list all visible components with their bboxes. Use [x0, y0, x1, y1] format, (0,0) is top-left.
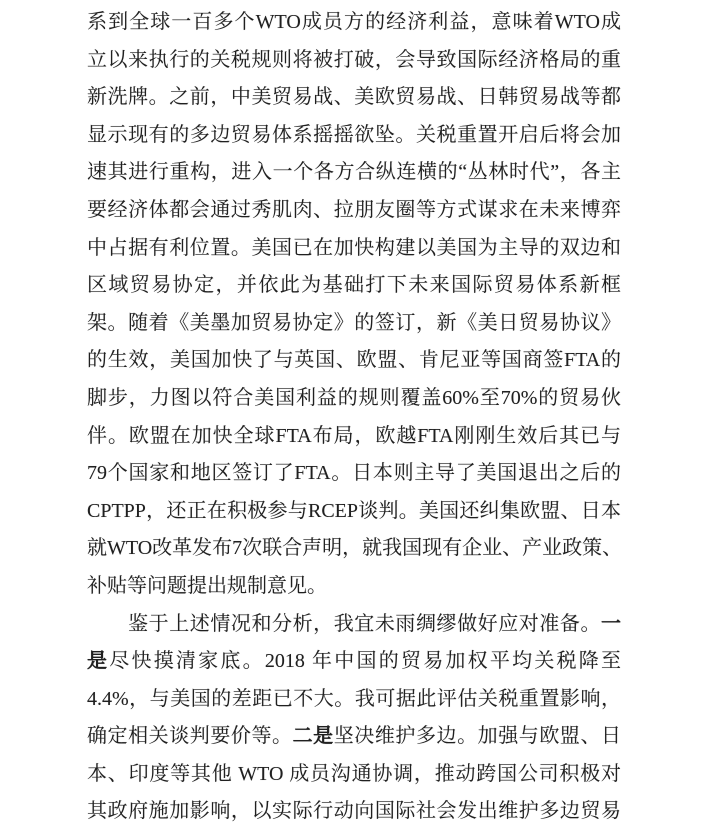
text-segment: 尽快摸清家底。2018 年中国的贸易加权平均关税降至 [109, 650, 621, 672]
bold-text-segment: 是 [87, 650, 109, 672]
text-line: 鉴于上述情况和分析，我宜未雨绸缪做好应对准备。一 [87, 606, 621, 644]
bold-text-segment: 二是 [293, 725, 334, 747]
bold-text-segment: 一 [601, 613, 621, 635]
text-segment: 其政府施加影响，以实际行动向国际社会发出维护多边贸易 [87, 800, 621, 822]
text-line: 立以来执行的关税规则将被打破，会导致国际经济格局的重 [87, 42, 621, 80]
text-line: 系到全球一百多个WTO成员方的经济利益，意味着WTO成 [87, 4, 621, 42]
document-body: 系到全球一百多个WTO成员方的经济利益，意味着WTO成立以来执行的关税规则将被打… [87, 4, 621, 831]
text-segment: 立以来执行的关税规则将被打破，会导致国际经济格局的重 [87, 49, 621, 71]
paragraph-2: 鉴于上述情况和分析，我宜未雨绸缪做好应对准备。一是尽快摸清家底。2018 年中国… [87, 606, 621, 832]
text-segment: 4.4%，与美国的差距已不大。我可据此评估关税重置影响， [87, 688, 621, 710]
text-segment: 中占据有利位置。美国已在加快构建以美国为主导的双边和 [87, 237, 621, 259]
text-line: 中占据有利位置。美国已在加快构建以美国为主导的双边和 [87, 230, 621, 268]
text-line: 确定相关谈判要价等。二是坚决维护多边。加强与欧盟、日 [87, 718, 621, 756]
text-line: 是尽快摸清家底。2018 年中国的贸易加权平均关税降至 [87, 643, 621, 681]
text-line: 补贴等问题提出规制意见。 [87, 568, 621, 606]
paragraph-1: 系到全球一百多个WTO成员方的经济利益，意味着WTO成立以来执行的关税规则将被打… [87, 4, 621, 606]
text-line: 本、印度等其他 WTO 成员沟通协调，推动跨国公司积极对 [87, 756, 621, 794]
text-segment: CPTPP，还正在积极参与RCEP谈判。美国还纠集欧盟、日本 [87, 500, 621, 522]
text-segment: 本、印度等其他 WTO 成员沟通协调，推动跨国公司积极对 [87, 763, 621, 785]
text-line: 伴。欧盟在加快全球FTA布局，欧越FTA刚刚生效后其已与 [87, 418, 621, 456]
text-line: 区域贸易协定，并依此为基础打下未来国际贸易体系新框 [87, 267, 621, 305]
text-segment: 显示现有的多边贸易体系摇摇欲坠。关税重置开启后将会加 [87, 124, 621, 146]
text-line: 要经济体都会通过秀肌肉、拉朋友圈等方式谋求在未来博弈 [87, 192, 621, 230]
text-line: CPTPP，还正在积极参与RCEP谈判。美国还纠集欧盟、日本 [87, 493, 621, 531]
document-page: 系到全球一百多个WTO成员方的经济利益，意味着WTO成立以来执行的关税规则将被打… [0, 0, 706, 833]
text-segment: 要经济体都会通过秀肌肉、拉朋友圈等方式谋求在未来博弈 [87, 199, 621, 221]
text-line: 4.4%，与美国的差距已不大。我可据此评估关税重置影响， [87, 681, 621, 719]
text-line: 其政府施加影响，以实际行动向国际社会发出维护多边贸易 [87, 793, 621, 831]
text-line: 79个国家和地区签订了FTA。日本则主导了美国退出之后的 [87, 455, 621, 493]
text-line: 新洗牌。之前，中美贸易战、美欧贸易战、日韩贸易战等都 [87, 79, 621, 117]
text-segment: 架。随着《美墨加贸易协定》的签订，新《美日贸易协议》 [87, 312, 621, 334]
text-segment: 伴。欧盟在加快全球FTA布局，欧越FTA刚刚生效后其已与 [87, 425, 621, 447]
text-segment: 区域贸易协定，并依此为基础打下未来国际贸易体系新框 [87, 274, 621, 296]
text-line: 脚步，力图以符合美国利益的规则覆盖60%至70%的贸易伙 [87, 380, 621, 418]
text-segment: 补贴等问题提出规制意见。 [87, 575, 327, 597]
text-segment: 坚决维护多边。加强与欧盟、日 [334, 725, 621, 747]
text-line: 的生效，美国加快了与英国、欧盟、肯尼亚等国商签FTA的 [87, 342, 621, 380]
text-segment: 79个国家和地区签订了FTA。日本则主导了美国退出之后的 [87, 462, 621, 484]
text-segment: 新洗牌。之前，中美贸易战、美欧贸易战、日韩贸易战等都 [87, 86, 621, 108]
text-segment: 鉴于上述情况和分析，我宜未雨绸缪做好应对准备。 [87, 613, 601, 635]
text-segment: 速其进行重构，进入一个各方合纵连横的“丛林时代”，各主 [87, 161, 621, 183]
text-line: 显示现有的多边贸易体系摇摇欲坠。关税重置开启后将会加 [87, 117, 621, 155]
text-line: 就WTO改革发布7次联合声明，就我国现有企业、产业政策、 [87, 530, 621, 568]
text-segment: 就WTO改革发布7次联合声明，就我国现有企业、产业政策、 [87, 537, 622, 559]
text-segment: 的生效，美国加快了与英国、欧盟、肯尼亚等国商签FTA的 [87, 349, 621, 371]
text-line: 速其进行重构，进入一个各方合纵连横的“丛林时代”，各主 [87, 154, 621, 192]
text-segment: 系到全球一百多个WTO成员方的经济利益，意味着WTO成 [87, 11, 621, 33]
text-segment: 脚步，力图以符合美国利益的规则覆盖60%至70%的贸易伙 [87, 387, 621, 409]
text-segment: 确定相关谈判要价等。 [87, 725, 293, 747]
text-line: 架。随着《美墨加贸易协定》的签订，新《美日贸易协议》 [87, 305, 621, 343]
